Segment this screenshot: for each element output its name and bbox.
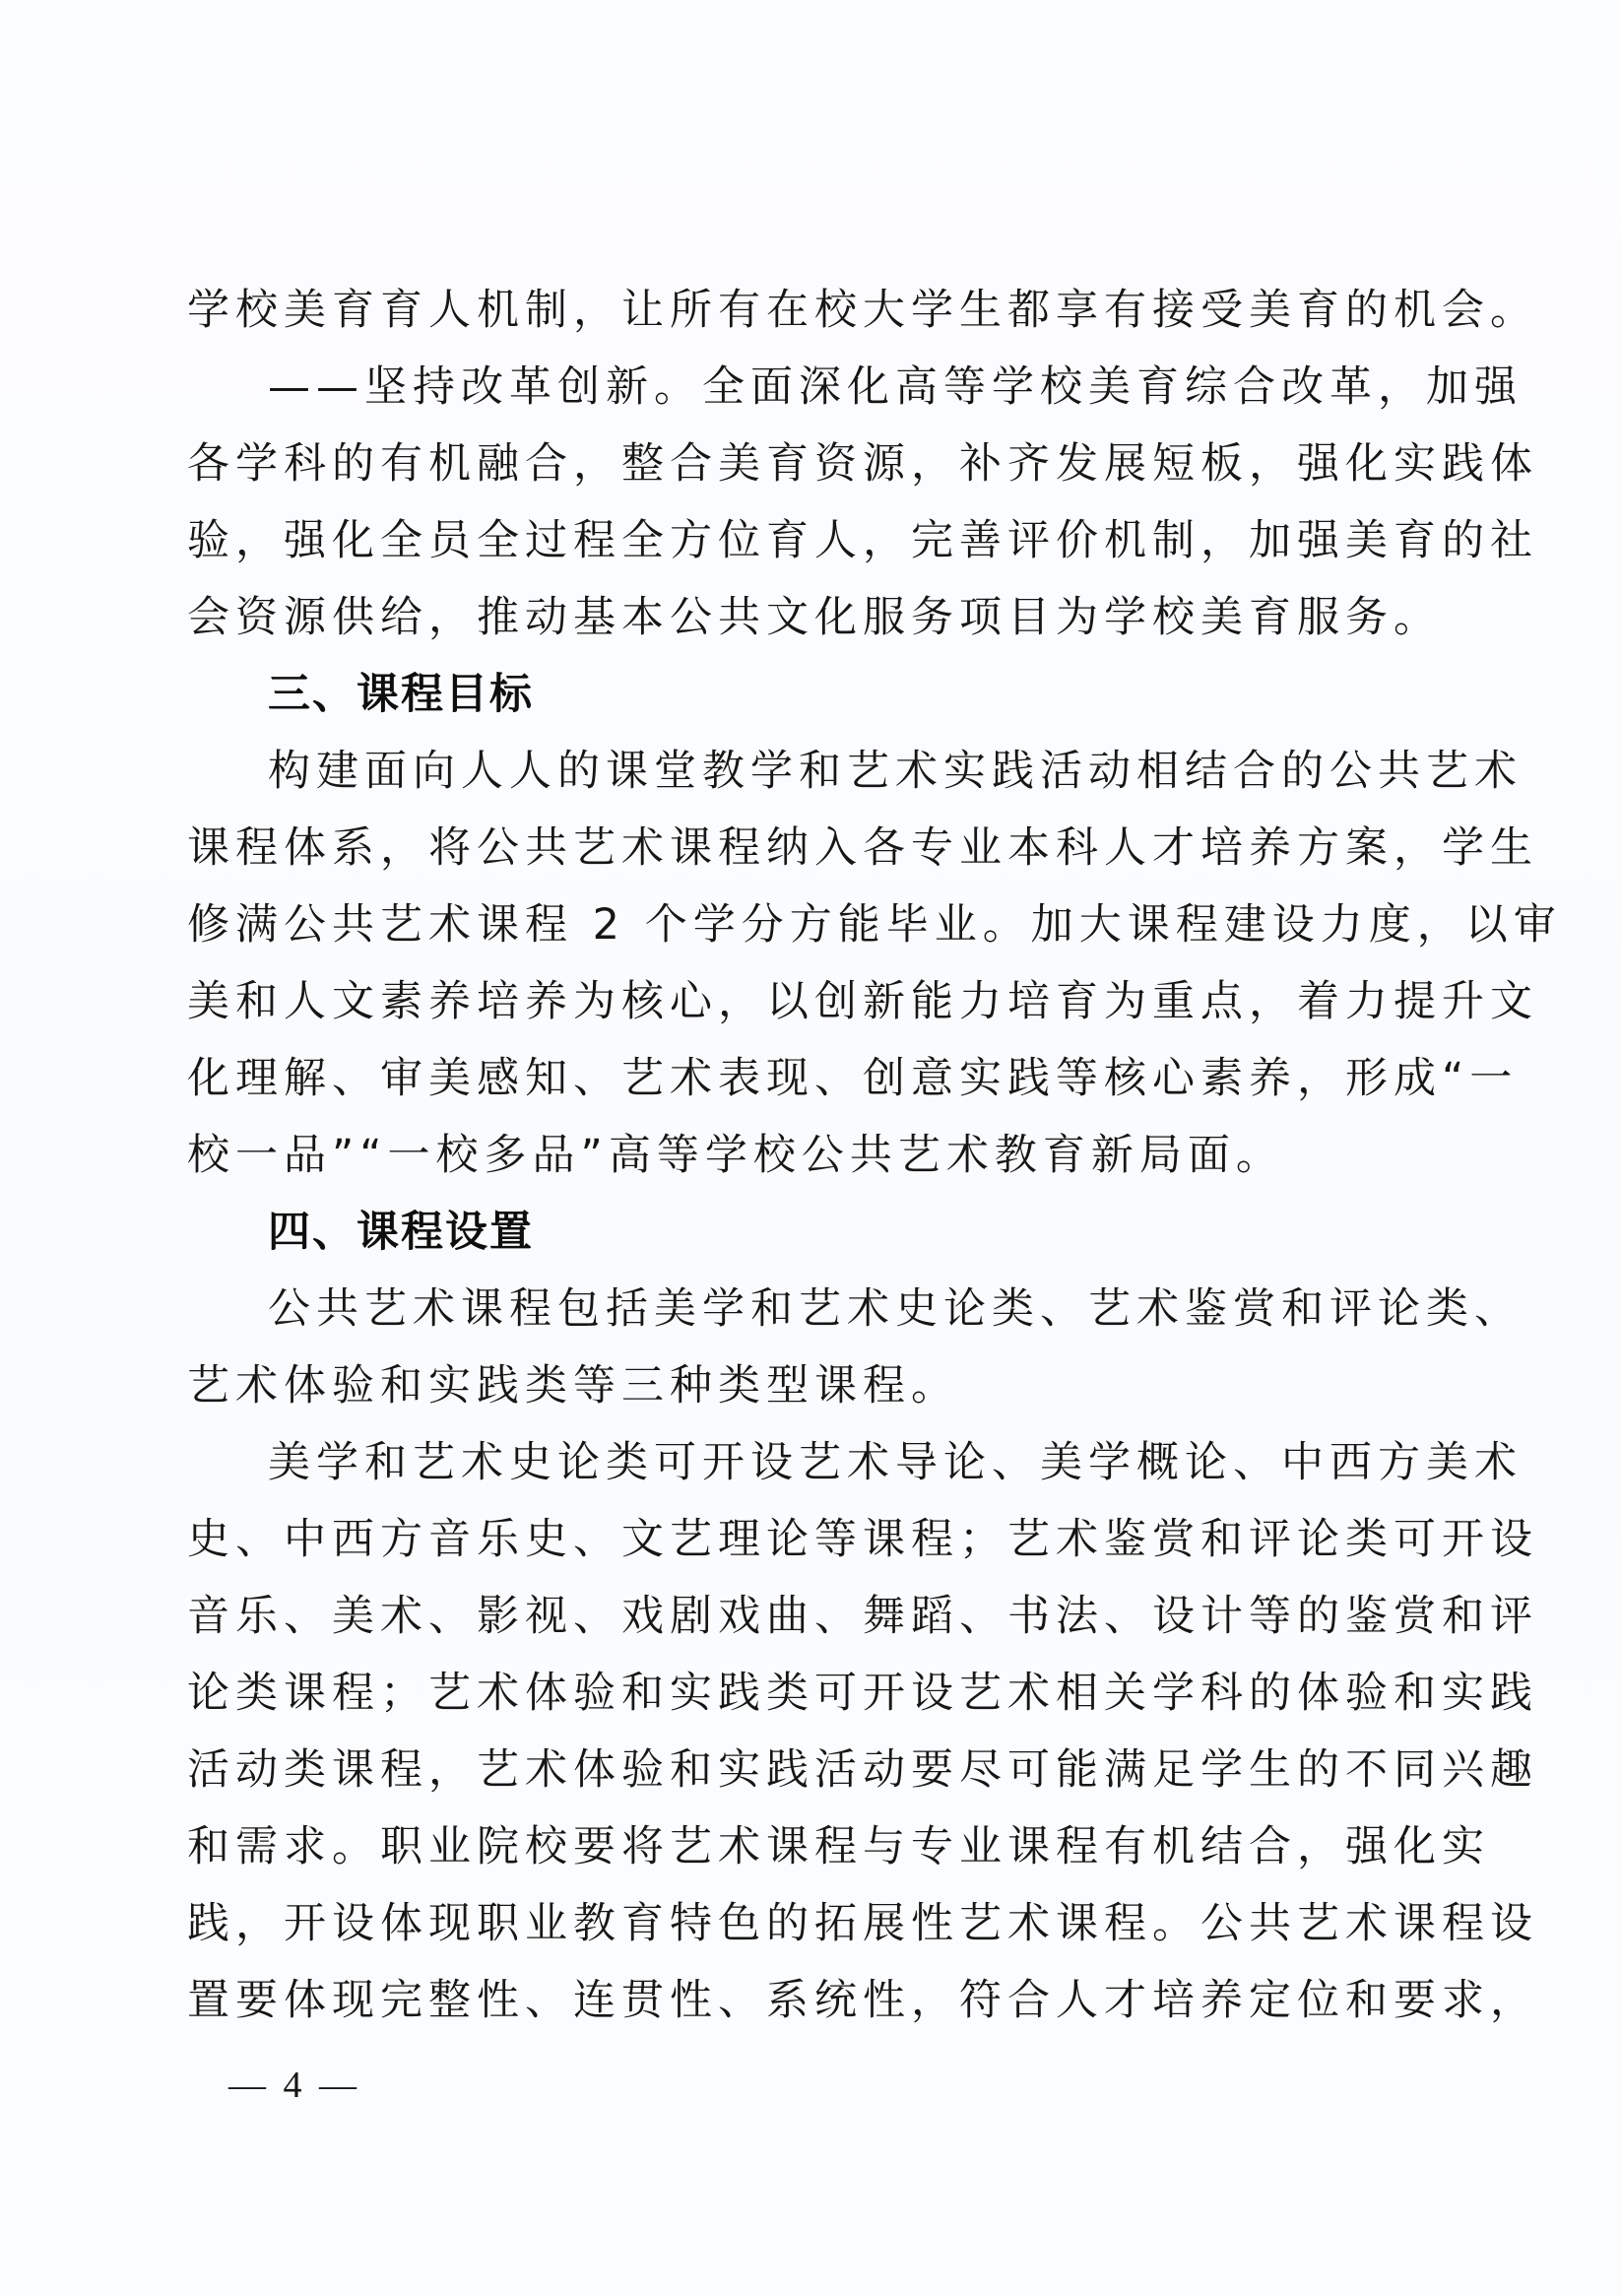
paragraph-line: 美和人文素养培养为核心，以创新能力培育为重点，着力提升文: [187, 972, 1408, 1031]
paragraph-line: 学校美育育人机制，让所有在校大学生都享有接受美育的机会。: [187, 281, 1408, 340]
paragraph-line: 论类课程；艺术体验和实践类可开设艺术相关学科的体验和实践: [187, 1664, 1408, 1723]
paragraph-line: 公共艺术课程包括美学和艺术史论类、艺术鉴赏和评论类、: [268, 1279, 1408, 1339]
paragraph-line: 史、中西方音乐史、文艺理论等课程；艺术鉴赏和评论类可开设: [187, 1510, 1408, 1569]
paragraph-line: 美学和艺术史论类可开设艺术导论、美学概论、中西方美术: [268, 1433, 1408, 1492]
paragraph-line: 艺术体验和实践类等三种类型课程。: [187, 1356, 1408, 1415]
paragraph-line: 置要体现完整性、连贯性、系统性，符合人才培养定位和要求，: [187, 1971, 1408, 2030]
paragraph-line: 校一品”“一校多品”高等学校公共艺术教育新局面。: [187, 1126, 1408, 1185]
paragraph-line: 课程体系，将公共艺术课程纳入各专业本科人才培养方案，学生: [187, 819, 1408, 878]
paragraph-line: 构建面向人人的课堂教学和艺术实践活动相结合的公共艺术: [268, 742, 1408, 801]
paragraph-line: 修满公共艺术课程 2 个学分方能毕业。加大课程建设力度，以审: [187, 895, 1408, 954]
paragraph-line: 化理解、审美感知、艺术表现、创意实践等核心素养，形成“一: [187, 1049, 1408, 1108]
document-page: 学校美育育人机制，让所有在校大学生都享有接受美育的机会。 ——坚持改革创新。全面…: [0, 0, 1621, 2296]
paragraph-line: 活动类课程，艺术体验和实践活动要尽可能满足学生的不同兴趣: [187, 1740, 1408, 1800]
paragraph-line: 践，开设体现职业教育特色的拓展性艺术课程。公共艺术课程设: [187, 1894, 1408, 1953]
section-heading-course-setup: 四、课程设置: [268, 1203, 534, 1262]
section-heading-course-goals: 三、课程目标: [268, 665, 534, 724]
paragraph-line: 会资源供给，推动基本公共文化服务项目为学校美育服务。: [187, 588, 1408, 647]
paragraph-line: ——坚持改革创新。全面深化高等学校美育综合改革，加强: [268, 358, 1408, 417]
page-number: — 4 —: [228, 2061, 360, 2110]
paragraph-line: 各学科的有机融合，整合美育资源，补齐发展短板，强化实践体: [187, 434, 1408, 493]
paragraph-line: 和需求。职业院校要将艺术课程与专业课程有机结合，强化实: [187, 1817, 1408, 1876]
paragraph-line: 验，强化全员全过程全方位育人，完善评价机制，加强美育的社: [187, 511, 1408, 570]
paragraph-line: 音乐、美术、影视、戏剧戏曲、舞蹈、书法、设计等的鉴赏和评: [187, 1587, 1408, 1646]
